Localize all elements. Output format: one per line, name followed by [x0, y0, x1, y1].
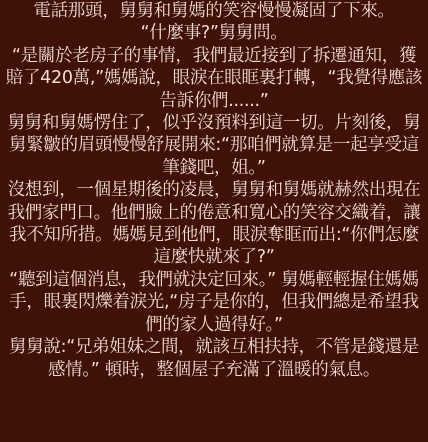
paragraph: 舅舅說:“兄弟姐妹之間，就該互相扶持，不管是錢還是感情。” 頓時，整個屋子充滿了… — [0, 336, 428, 381]
paragraph: “是關於老房子的事情，我們最近接到了拆遷通知，獲賠了420萬,”媽媽說，眼淚在眼… — [0, 45, 428, 112]
paragraph: “聽到這個消息，我們就決定回來。” 舅媽輕輕握住媽媽 手，眼裏閃爍着淚光,“房子… — [0, 269, 428, 336]
paragraph: 沒想到，一個星期後的凌晨，舅舅和舅媽就赫然出現在我們家門口。他們臉上的倦意和寬心… — [0, 179, 428, 269]
paragraph: 舅舅和舅媽愣住了，似乎沒預料到這一切。片刻後，舅舅緊皺的眉頭慢慢舒展開來:“那咱… — [0, 112, 428, 179]
paragraph: “什麼事?”舅舅問。 — [0, 22, 428, 44]
paragraph: 電話那頭，舅舅和舅媽的笑容慢慢凝固了下來。 — [0, 0, 428, 22]
story-text: ⋯ 電話那頭，舅舅和舅媽的笑容慢慢凝固了下來。 “什麼事?”舅舅問。 “是關於老… — [0, 0, 428, 381]
